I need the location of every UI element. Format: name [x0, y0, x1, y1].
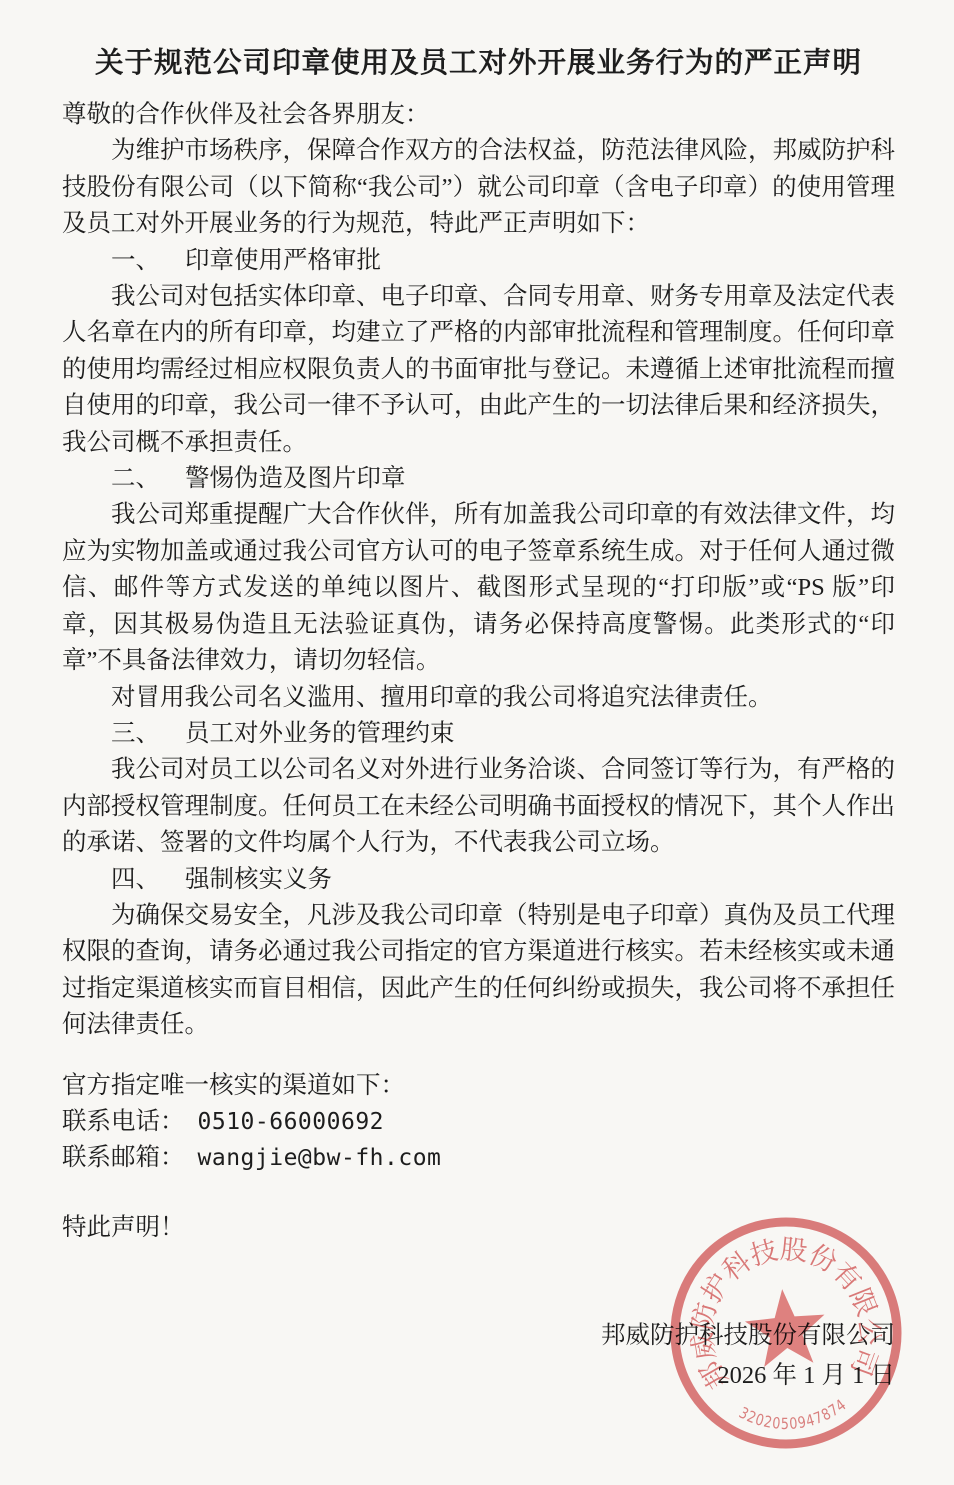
section-4-number: 四、 — [111, 866, 160, 893]
section-2-paragraph-2: 对冒用我公司名义滥用、擅用印章的我公司将追究法律责任。 — [62, 680, 895, 716]
phone-label: 联系电话： — [62, 1108, 185, 1135]
phone-row: 联系电话：0510-66000692 — [62, 1104, 895, 1140]
section-2-title: 警惕伪造及图片印章 — [185, 465, 406, 492]
section-2-paragraph-1: 我公司郑重提醒广大合作伙伴，所有加盖我公司印章的有效法律文件，均应为实物加盖或通… — [62, 497, 895, 679]
email-label: 联系邮箱： — [62, 1144, 185, 1171]
section-2-number: 二、 — [111, 465, 160, 492]
section-3-number: 三、 — [111, 720, 160, 747]
salutation: 尊敬的合作伙伴及社会各界朋友： — [62, 97, 895, 133]
document-title: 关于规范公司印章使用及员工对外开展业务行为的严正声明 — [62, 46, 895, 80]
document-content: 关于规范公司印章使用及员工对外开展业务行为的严正声明 尊敬的合作伙伴及社会各界朋… — [62, 46, 895, 1396]
section-4-heading: 四、强制核实义务 — [62, 862, 895, 898]
channels-heading: 官方指定唯一核实的渠道如下： — [62, 1068, 895, 1104]
seal-star-icon — [742, 1286, 828, 1369]
section-4-paragraph: 为确保交易安全，凡涉及我公司印章（特别是电子印章）真伪及员工代理权限的查询，请务… — [62, 898, 895, 1044]
company-seal: 邦威防护科技股份有限公司 3202050947874 — [638, 1185, 935, 1482]
section-1-number: 一、 — [111, 247, 160, 274]
section-1-heading: 一、印章使用严格审批 — [62, 243, 895, 279]
email-row: 联系邮箱：wangjie@bw-fh.com — [62, 1140, 895, 1176]
document-page: 关于规范公司印章使用及员工对外开展业务行为的严正声明 尊敬的合作伙伴及社会各界朋… — [0, 0, 954, 1485]
email-value: wangjie@bw-fh.com — [198, 1145, 442, 1171]
section-3-title: 员工对外业务的管理约束 — [185, 720, 455, 747]
section-2-heading: 二、警惕伪造及图片印章 — [62, 461, 895, 497]
section-3-heading: 三、员工对外业务的管理约束 — [62, 716, 895, 752]
section-3-paragraph: 我公司对员工以公司名义对外进行业务洽谈、合同签订等行为，有严格的内部授权管理制度… — [62, 752, 895, 861]
phone-value: 0510-66000692 — [198, 1109, 385, 1135]
section-1-paragraph: 我公司对包括实体印章、电子印章、合同专用章、财务专用章及法定代表人名章在内的所有… — [62, 279, 895, 461]
intro-paragraph: 为维护市场秩序，保障合作双方的合法权益，防范法律风险，邦威防护科技股份有限公司（… — [62, 133, 895, 242]
section-4-title: 强制核实义务 — [185, 866, 332, 893]
section-1-title: 印章使用严格审批 — [185, 247, 381, 274]
